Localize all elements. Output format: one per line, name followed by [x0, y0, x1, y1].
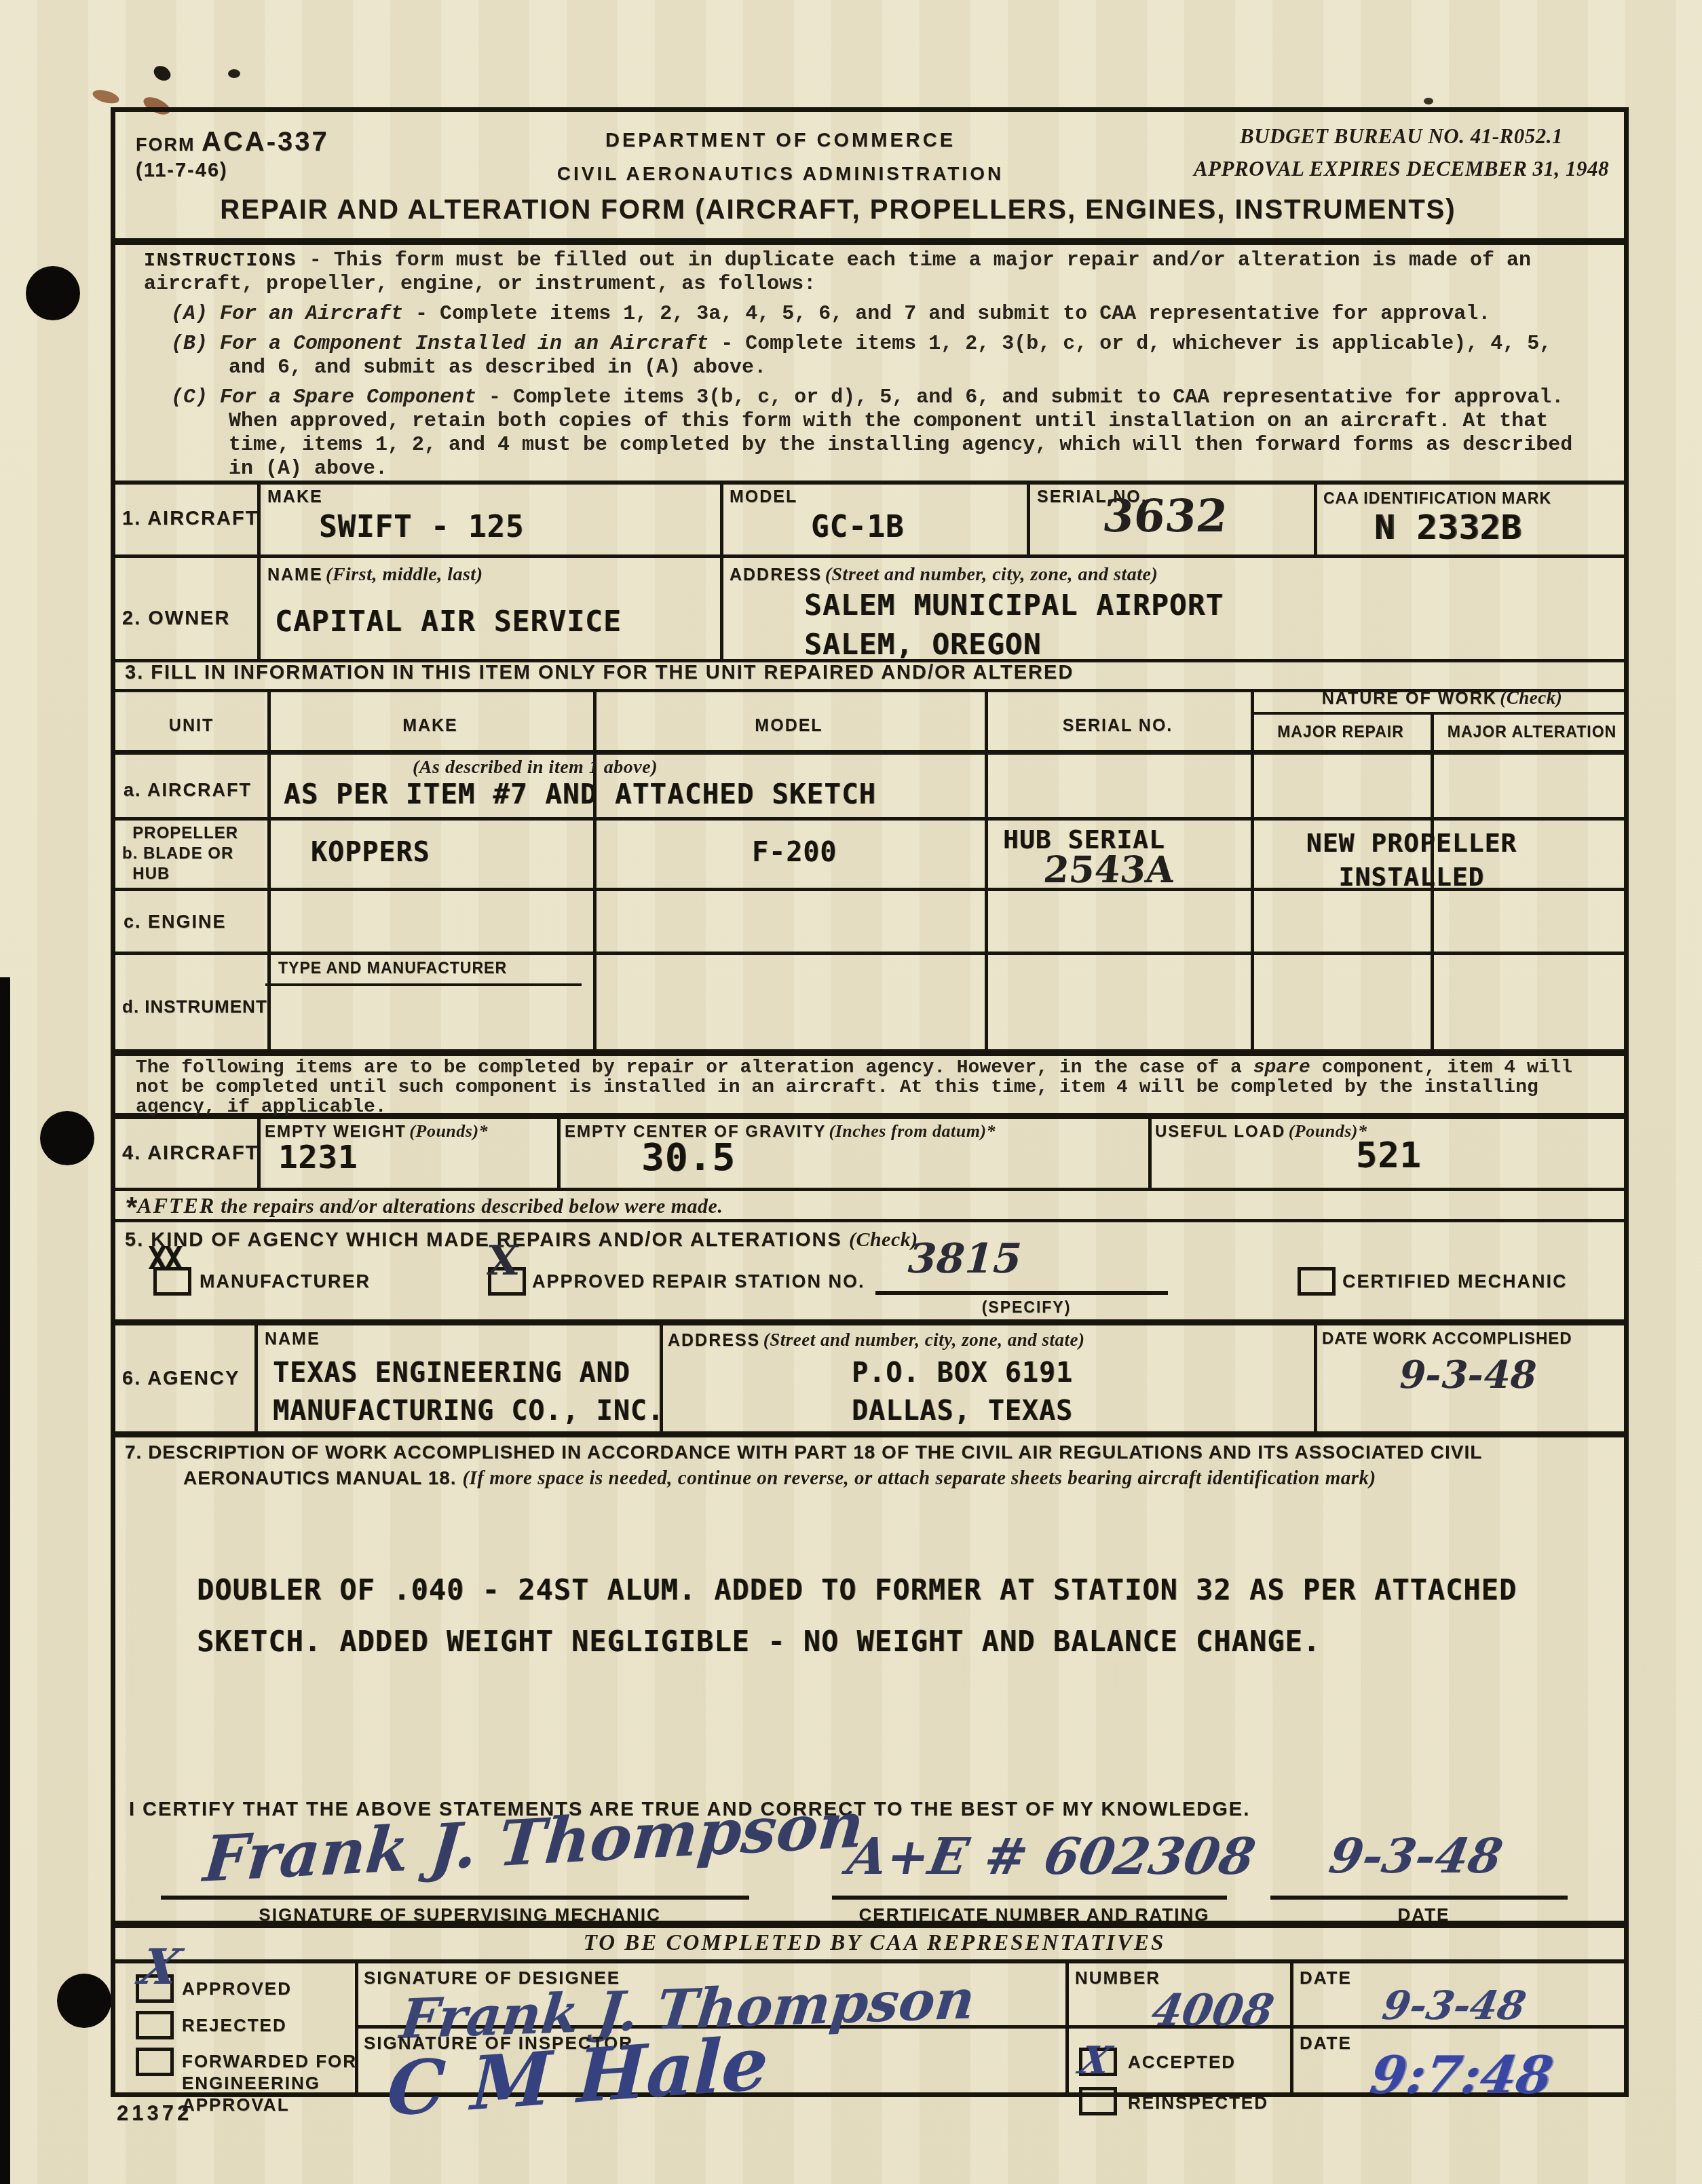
scanned-form-page: 21372	[0, 0, 1702, 2184]
mechanic-signature-label: SIGNATURE OF SUPERVISING MECHANIC	[161, 1904, 759, 1925]
instruction-em: For a Component Installed in an Aircraft	[220, 333, 708, 356]
item5-heading: 5. KIND OF AGENCY WHICH MADE REPAIRS AND…	[125, 1228, 918, 1251]
item1-make-value: SWIFT - 125	[319, 510, 524, 544]
manufacturer-checkbox-mark: XX	[148, 1240, 180, 1277]
nature-label-hint: (Check)	[1500, 688, 1562, 708]
interim-note: The following items are to be completed …	[136, 1058, 1615, 1117]
instruction-em: For an Aircraft	[220, 303, 403, 326]
item3-row-b-model: F-200	[752, 837, 837, 868]
cg-hint: (Inches from datum)*	[829, 1121, 996, 1141]
scan-edge	[0, 977, 10, 2184]
item3-row-d-sub-label: TYPE AND MANUFACTURER	[278, 959, 507, 977]
item4-empty-weight-value: 1231	[278, 1139, 358, 1176]
rejected-checkbox	[136, 2011, 174, 2039]
hole-punch	[26, 266, 80, 320]
footnote-star: *	[126, 1191, 137, 1223]
item1-caa-mark-value: N 2332B	[1374, 508, 1522, 547]
form-number-value: ACA-337	[202, 127, 329, 157]
rule	[115, 1319, 1624, 1325]
col-make: MAKE	[267, 716, 593, 736]
item3-row-b-serial-value: 2543A	[1042, 848, 1177, 891]
instruction-tag: (C)	[171, 386, 208, 409]
instruction-item-b: (B) For a Component Installed in an Airc…	[144, 333, 1600, 380]
inspector-date-label: DATE	[1300, 2033, 1352, 2054]
form-serial-number: 21372	[117, 2101, 192, 2126]
rule	[1065, 1963, 1069, 2097]
rule	[1314, 1325, 1317, 1431]
item1-caa-mark-label: CAA IDENTIFICATION MARK	[1323, 489, 1551, 508]
certified-mechanic-checkbox	[1298, 1267, 1336, 1296]
item3-row-a-value: AS PER ITEM #7 AND ATTACHED SKETCH	[284, 778, 876, 810]
specify-label: (SPECIFY)	[875, 1298, 1177, 1317]
item3-row-b-label: PROPELLER b. BLADE OR HUB	[122, 823, 238, 884]
certification-date-label: DATE	[1270, 1904, 1577, 1925]
rule	[115, 238, 1624, 245]
repair-station-number-value: 3815	[902, 1235, 1027, 1283]
instruction-tag: (A)	[171, 303, 208, 326]
rule	[254, 1325, 258, 1431]
forwarded-label: FORWARDED FOR ENGINEERING APPROVAL	[182, 2050, 357, 2115]
item4-cg-label: EMPTY CENTER OF GRAVITY (Inches from dat…	[565, 1121, 996, 1142]
item1-model-value: GC-1B	[811, 510, 904, 544]
hole-punch	[57, 1974, 111, 2028]
designee-date-label: DATE	[1300, 1968, 1352, 1989]
item3-row-a-label: a. AIRCRAFT	[124, 780, 252, 801]
instruction-item-a: (A) For an Aircraft - Complete items 1, …	[144, 303, 1600, 326]
item6-address-label: ADDRESS (Street and number, city, zone, …	[668, 1330, 1084, 1351]
instructions-lead: INSTRUCTIONS - This form must be filled …	[144, 249, 1600, 297]
item7-heading-hint: (If more space is needed, continue on re…	[462, 1467, 1376, 1489]
item1-model-label: MODEL	[730, 487, 797, 507]
budget-bureau-line1: BUDGET BUREAU NO. 41-R052.1	[1188, 124, 1615, 149]
rule	[115, 1049, 1624, 1056]
col-major-repair: MAJOR REPAIR	[1251, 723, 1431, 741]
rule	[115, 1959, 1624, 1963]
address-label-hint: (Street and number, city, zone, and stat…	[825, 564, 1158, 585]
instruction-item-c: (C) For a Spare Component - Complete ite…	[144, 386, 1600, 481]
stain	[151, 63, 174, 83]
rule	[115, 750, 1624, 755]
item3-row-c-label: c. ENGINE	[124, 911, 227, 933]
stain	[1424, 98, 1433, 105]
item4-useful-load-value: 521	[1356, 1135, 1422, 1176]
rule	[1148, 1119, 1152, 1188]
form-revision-date: (11-7-46)	[136, 159, 228, 182]
certification-date-value: 9-3-48	[1325, 1828, 1507, 1884]
rule	[1251, 712, 1624, 715]
rule	[115, 952, 1624, 955]
caa-section-heading: TO BE COMPLETED BY CAA REPRESENTATIVES	[115, 1931, 1633, 1956]
col-nature-of-work: NATURE OF WORK (Check)	[1251, 688, 1633, 709]
stain	[91, 88, 120, 106]
item6-name-label: NAME	[265, 1330, 320, 1349]
hole-punch	[40, 1111, 94, 1165]
rule	[115, 817, 1624, 821]
rule	[115, 1431, 1624, 1437]
signature-underline	[161, 1896, 749, 1900]
stain	[228, 69, 240, 78]
accepted-checkbox-mark: X	[1075, 2038, 1116, 2083]
rule	[720, 558, 723, 659]
signature-underline	[1270, 1896, 1568, 1900]
rule	[257, 558, 261, 659]
rule	[1290, 1963, 1293, 2097]
rule	[115, 554, 1624, 558]
forwarded-checkbox	[136, 2048, 174, 2076]
rule	[1027, 484, 1030, 554]
department-line2: CIVIL AERONAUTICS ADMINISTRATION	[536, 163, 1025, 185]
item4-row-label: 4. AIRCRAFT	[122, 1142, 259, 1165]
item3-row-a-printed-hint: (As described in item 1 above)	[413, 757, 658, 778]
item5-heading-label: 5. KIND OF AGENCY WHICH MADE REPAIRS AND…	[125, 1229, 849, 1251]
item7-heading: 7. DESCRIPTION OF WORK ACCOMPLISHED IN A…	[125, 1439, 1621, 1491]
instruction-em: For a Spare Component	[220, 386, 476, 409]
reinspected-label: REINSPECTED	[1128, 2092, 1268, 2113]
col-model: MODEL	[593, 716, 985, 736]
item2-name-value: CAPITAL AIR SERVICE	[275, 605, 622, 639]
item2-name-label: NAME (First, middle, last)	[267, 564, 483, 586]
form-title: REPAIR AND ALTERATION FORM (AIRCRAFT, PR…	[115, 195, 1561, 225]
reinspected-checkbox	[1079, 2087, 1117, 2115]
item3-row-b-nature-value: NEW PROPELLER INSTALLED	[1269, 826, 1554, 894]
rule	[1251, 692, 1254, 1049]
form-border: FORM ACA-337 (11-7-46) DEPARTMENT OF COM…	[111, 107, 1629, 2097]
agency-address-label: ADDRESS	[668, 1331, 760, 1350]
form-number-prefix: FORM	[136, 134, 195, 155]
rule	[1314, 484, 1317, 554]
repair-station-label: APPROVED REPAIR STATION NO.	[532, 1271, 865, 1292]
rule	[265, 983, 582, 986]
col-serial: SERIAL NO.	[985, 716, 1251, 736]
department-line1: DEPARTMENT OF COMMERCE	[536, 130, 1025, 152]
name-label: NAME	[267, 565, 323, 584]
number-label: NUMBER	[1075, 1968, 1160, 1989]
item3-row-d-label: d. INSTRUMENT	[122, 996, 267, 1017]
designee-date-value: 9-3-48	[1379, 1982, 1530, 2029]
rule	[557, 1119, 561, 1188]
footnote-em: AFTER	[137, 1193, 215, 1218]
rule	[593, 692, 597, 1049]
item2-address-label: ADDRESS (Street and number, city, zone, …	[730, 564, 1158, 586]
item6-date-label: DATE WORK ACCOMPLISHED	[1322, 1330, 1572, 1349]
item5-heading-hint: (Check)	[849, 1228, 918, 1251]
item6-row-label: 6. AGENCY	[122, 1368, 240, 1390]
item6-name-value: TEXAS ENGINEERING AND MANUFACTURING CO.,…	[273, 1354, 664, 1430]
budget-bureau-line2: APPROVAL EXPIRES DECEMBER 31, 1948	[1188, 157, 1615, 181]
instructions-lead-text: - This form must be filled out in duplic…	[144, 249, 1531, 296]
accepted-label: ACCEPTED	[1128, 2052, 1236, 2073]
item4-cg-value: 30.5	[641, 1135, 736, 1180]
agency-address-hint: (Street and number, city, zone, and stat…	[763, 1330, 1085, 1350]
rule	[720, 484, 723, 554]
rule	[985, 692, 988, 1049]
repair-station-checkbox-mark: X	[485, 1237, 521, 1285]
item3-row-b-make: KOPPERS	[311, 837, 430, 868]
form-number: FORM ACA-337	[136, 127, 329, 157]
item4-useful-load-label: USEFUL LOAD (Pounds)*	[1155, 1121, 1367, 1142]
instruction-text: - Complete items 1, 2, 3a, 4, 5, 6, and …	[415, 303, 1490, 326]
number-value: 4008	[1148, 1985, 1277, 2036]
empty-weight-hint: (Pounds)*	[409, 1121, 488, 1141]
col-unit: UNIT	[115, 716, 267, 736]
repair-station-underline	[875, 1291, 1168, 1295]
certified-mechanic-label: CERTIFIED MECHANIC	[1342, 1271, 1568, 1292]
item6-address-value: P.O. BOX 6191 DALLAS, TEXAS	[852, 1354, 1073, 1430]
col-major-alteration: MAJOR ALTERATION	[1431, 723, 1633, 741]
rejected-label: REJECTED	[182, 2015, 287, 2036]
certificate-number-label: CERTIFICATE NUMBER AND RATING	[832, 1904, 1236, 1925]
instructions-label: INSTRUCTIONS	[144, 250, 297, 271]
item7-description-value: DOUBLER OF .040 - 24ST ALUM. ADDED TO FO…	[197, 1564, 1517, 1668]
empty-weight-label: EMPTY WEIGHT	[265, 1123, 406, 1141]
item3-heading: 3. FILL IN INFORMATION IN THIS ITEM ONLY…	[125, 662, 1074, 684]
rule	[267, 692, 271, 1049]
useful-load-label: USEFUL LOAD	[1155, 1123, 1285, 1141]
item1-make-label: MAKE	[267, 487, 323, 507]
manufacturer-label: MANUFACTURER	[200, 1271, 371, 1292]
certificate-number-value: A+E # 602308	[843, 1828, 1259, 1886]
item2-row-label: 2. OWNER	[122, 607, 230, 630]
interim-note-em: spare	[1253, 1057, 1310, 1078]
approved-label: APPROVED	[182, 1978, 292, 1999]
department-heading: DEPARTMENT OF COMMERCE CIVIL AERONAUTICS…	[536, 130, 1025, 185]
after-footnote: *AFTER the repairs and/or alterations de…	[126, 1191, 723, 1224]
instruction-tag: (B)	[171, 333, 208, 356]
item6-date-value: 9-3-48	[1395, 1353, 1541, 1397]
budget-bureau: BUDGET BUREAU NO. 41-R052.1 APPROVAL EXP…	[1188, 124, 1615, 181]
item1-serial-value: 3632	[1100, 489, 1230, 542]
name-label-hint: (First, middle, last)	[326, 564, 483, 585]
nature-label: NATURE OF WORK	[1322, 689, 1497, 708]
footnote-text: the repairs and/or alterations described…	[215, 1195, 723, 1218]
item1-row-label: 1. AIRCRAFT	[122, 508, 259, 530]
interim-note-text: The following items are to be completed …	[136, 1057, 1253, 1078]
instructions: INSTRUCTIONS - This form must be filled …	[144, 249, 1600, 481]
item2-address-value: SALEM MUNICIPAL AIRPORT SALEM, OREGON	[804, 586, 1224, 664]
inspector-date-value: 9:7:48	[1367, 2045, 1557, 2105]
signature-underline	[832, 1896, 1227, 1900]
address-label: ADDRESS	[730, 565, 822, 584]
